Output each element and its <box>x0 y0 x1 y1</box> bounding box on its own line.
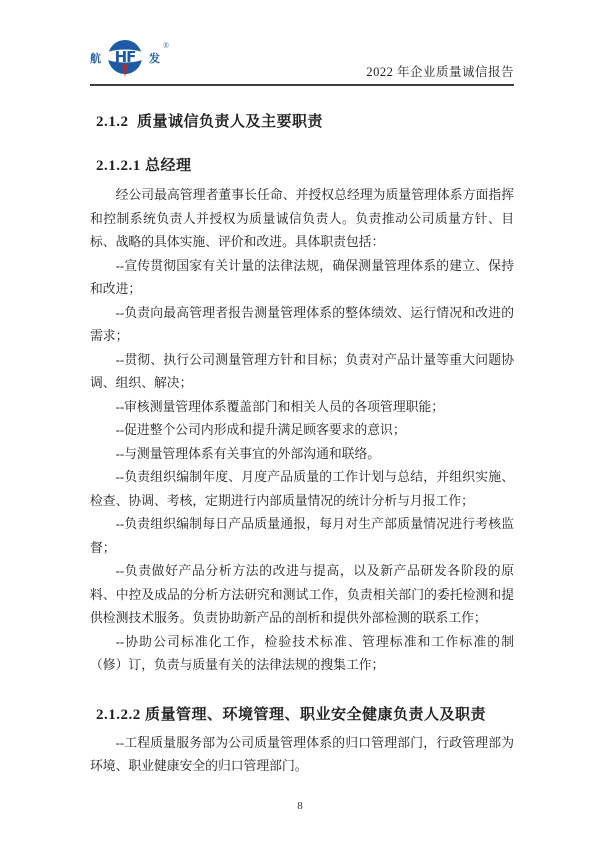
page-header: 航 HF 发 ® 2022 年企业质量诚信报告 <box>90 0 514 86</box>
hf-logo-icon: HF <box>103 36 147 82</box>
hf-monogram: HF <box>115 48 136 66</box>
registered-trademark-icon: ® <box>163 41 169 50</box>
paragraph: --负责组织编制年度、月度产品质量的工作计划与总结，并组织实施、检查、协调、考核… <box>90 466 514 513</box>
paragraph: --负责向最高管理者报告测量管理体系的整体绩效、运行情况和改进的需求； <box>90 302 514 349</box>
paragraph: --协助公司标准化工作，检验技术标准、管理标准和工作标准的制（修）订，负责与质量… <box>90 631 514 678</box>
paragraph: --与测量管理体系有关事宜的外部沟通和联络。 <box>90 443 514 467</box>
paragraph: --贯彻、执行公司测量管理方针和目标；负责对产品计量等重大问题协调、组织、解决； <box>90 349 514 396</box>
paragraph: --负责组织编制每日产品质量通报，每月对生产部质量情况进行考核监督； <box>90 513 514 560</box>
paragraph: --工程质量服务部为公司质量管理体系的归口管理部门，行政管理部为环境、职业健康安… <box>90 732 514 779</box>
document-page: 航 HF 发 ® 2022 年企业质量诚信报告 2.1.2 质量诚信负责人及主要… <box>0 0 600 856</box>
section-heading-2-1-2-2: 2.1.2.2 质量管理、环境管理、职业安全健康负责人及职责 <box>96 703 514 724</box>
section-2-1-2-2-paragraphs: --工程质量服务部为公司质量管理体系的归口管理部门，行政管理部为环境、职业健康安… <box>90 732 514 779</box>
paragraph: --宣传贯彻国家有关计量的法律法规，确保测量管理体系的建立、保持和改进； <box>90 255 514 302</box>
paragraph: --促进整个公司内形成和提升满足顾客要求的意识； <box>90 419 514 443</box>
paragraph: --负责做好产品分析方法的改进与提高，以及新产品研发各阶段的原料、中控及成品的分… <box>90 560 514 631</box>
report-title: 2022 年企业质量诚信报告 <box>366 62 514 82</box>
logo-left-char: 航 <box>90 54 101 65</box>
section-heading-2-1-2-1: 2.1.2.1 总经理 <box>96 154 514 175</box>
company-logo: 航 HF 发 ® <box>90 36 168 82</box>
section-2-1-2-1-paragraphs: 经公司最高管理者董事长任命、并授权总经理为质量管理体系方面指挥和控制系统负责人并… <box>90 184 514 678</box>
page-footer: 8 <box>0 800 600 812</box>
section-heading-2-1-2: 2.1.2 质量诚信负责人及主要职责 <box>96 110 514 131</box>
paragraph: --审核测量管理体系覆盖部门和相关人员的各项管理职能； <box>90 396 514 420</box>
logo-right-char: 发 <box>149 54 160 65</box>
paragraph: 经公司最高管理者董事长任命、并授权总经理为质量管理体系方面指挥和控制系统负责人并… <box>90 184 514 255</box>
page-number: 8 <box>297 800 303 812</box>
document-body: 2.1.2 质量诚信负责人及主要职责 2.1.2.1 总经理 经公司最高管理者董… <box>0 110 600 779</box>
